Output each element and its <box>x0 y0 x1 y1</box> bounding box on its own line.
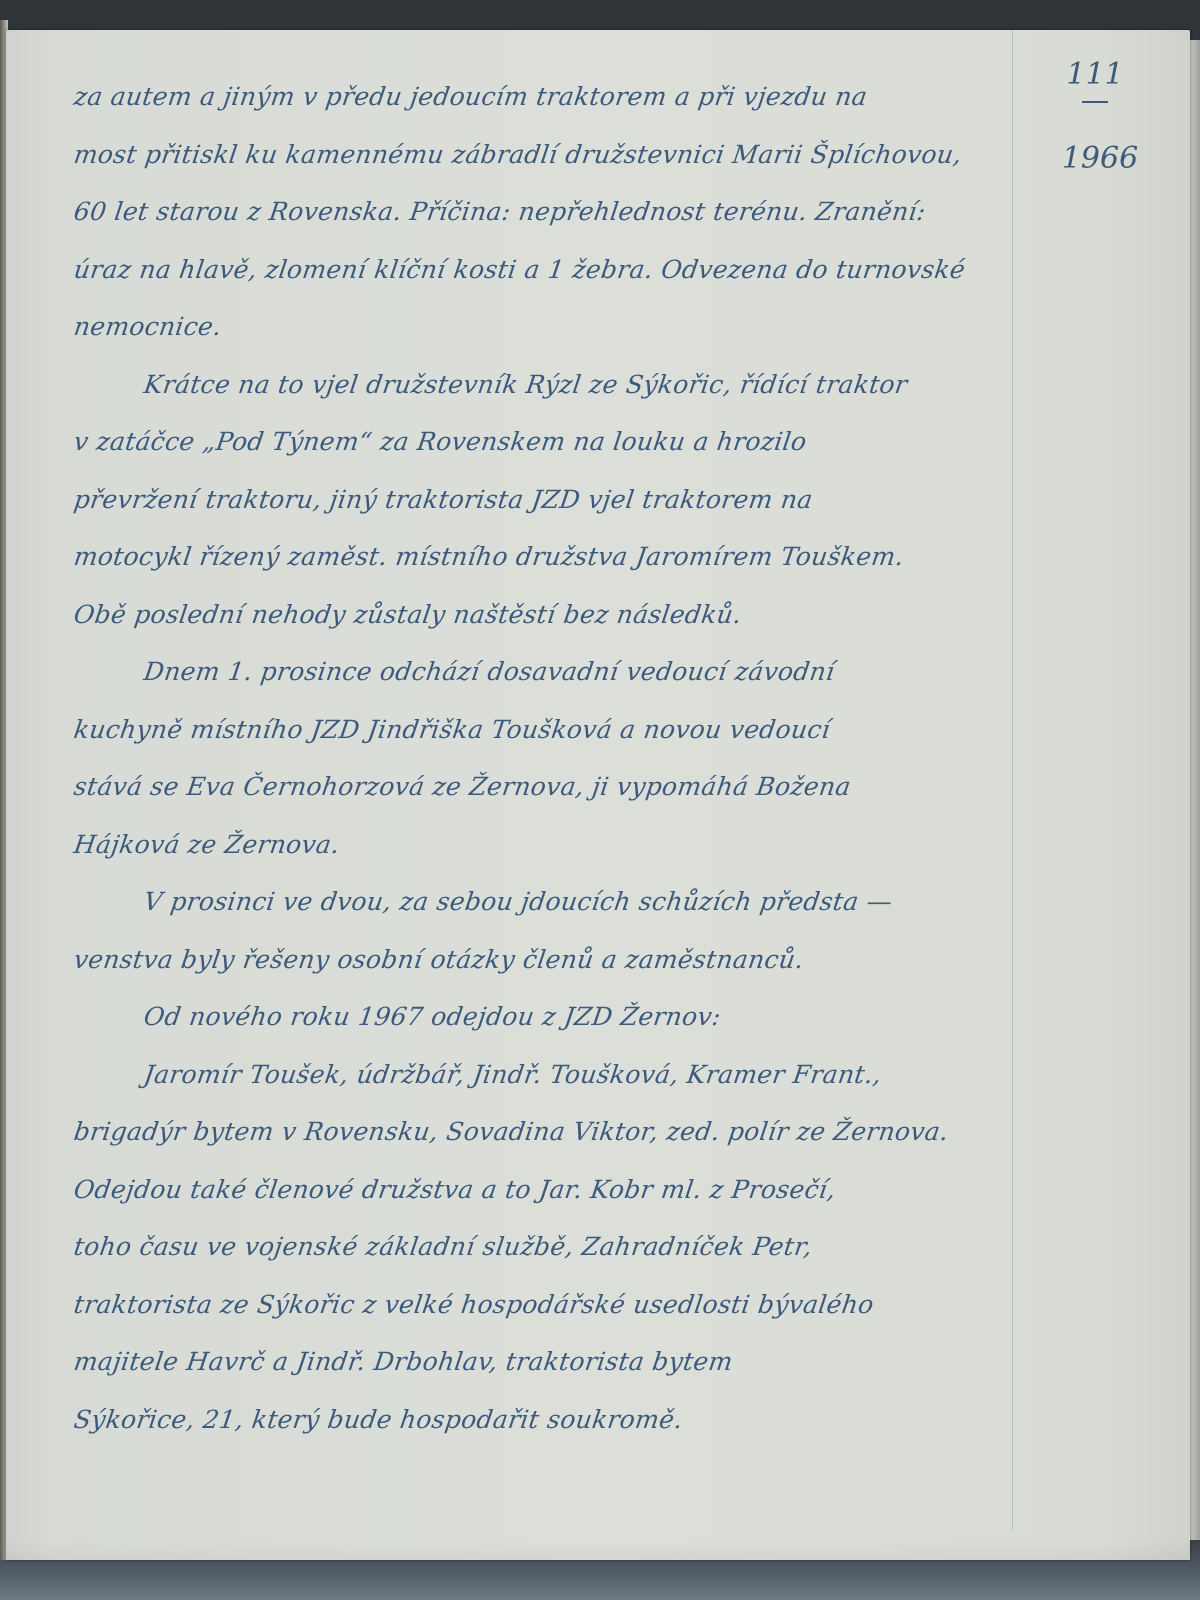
paragraph-start-line: Dnem 1. prosince odchází dosavadní vedou… <box>70 643 1018 701</box>
text-line: traktorista ze Sýkořic z velké hospodářs… <box>70 1276 1018 1334</box>
text-line: úraz na hlavě, zlomení klíční kosti a 1 … <box>70 241 1018 299</box>
text-line: 60 let starou z Rovenska. Příčina: nepře… <box>70 183 1018 241</box>
list-line: Jaromír Toušek, údržbář, Jindř. Toušková… <box>70 1046 1018 1104</box>
paragraph-start-line: Krátce na to vjel družstevník Rýzl ze Sý… <box>70 356 1018 414</box>
page-number: 111 <box>1040 55 1150 95</box>
paragraph-start-line: Od nového roku 1967 odejdou z JZD Žernov… <box>70 988 1018 1046</box>
text-line: toho času ve vojenské základní službě, Z… <box>70 1218 1018 1276</box>
text-line: stává se Eva Černohorzová ze Žernova, ji… <box>70 758 1018 816</box>
text-line: Odejdou také členové družstva a to Jar. … <box>70 1161 1018 1219</box>
text-line: nemocnice. <box>70 298 1018 356</box>
page-number-divider <box>1082 101 1108 109</box>
text-line: majitele Havrč a Jindř. Drbohlav, trakto… <box>70 1333 1018 1391</box>
text-line: motocykl řízený zaměst. místního družstv… <box>70 528 1018 586</box>
text-line: venstva byly řešeny osobní otázky členů … <box>70 931 1018 989</box>
text-line: za autem a jiným v předu jedoucím trakto… <box>70 68 1018 126</box>
text-line: kuchyně místního JZD Jindřiška Toušková … <box>70 701 1018 759</box>
text-line: v zatáčce „Pod Týnem“ za Rovenskem na lo… <box>70 413 1018 471</box>
text-line: brigadýr bytem v Rovensku, Sovadina Vikt… <box>70 1103 1018 1161</box>
page-header-margin: 111 1966 <box>1040 55 1150 179</box>
text-line: most přitiskl ku kamennému zábradlí druž… <box>70 126 1018 184</box>
text-line: Hájková ze Žernova. <box>70 816 1018 874</box>
page-year: 1966 <box>1050 139 1150 179</box>
text-line: Sýkořice, 21, který bude hospodařit souk… <box>70 1391 1018 1449</box>
handwritten-text-block: za autem a jiným v předu jedoucím trakto… <box>70 68 1010 1448</box>
paragraph-start-line: V prosinci ve dvou, za sebou jdoucích sc… <box>70 873 1018 931</box>
text-line: převržení traktoru, jiný traktorista JZD… <box>70 471 1018 529</box>
text-line: Obě poslední nehody zůstaly naštěstí bez… <box>70 586 1018 644</box>
